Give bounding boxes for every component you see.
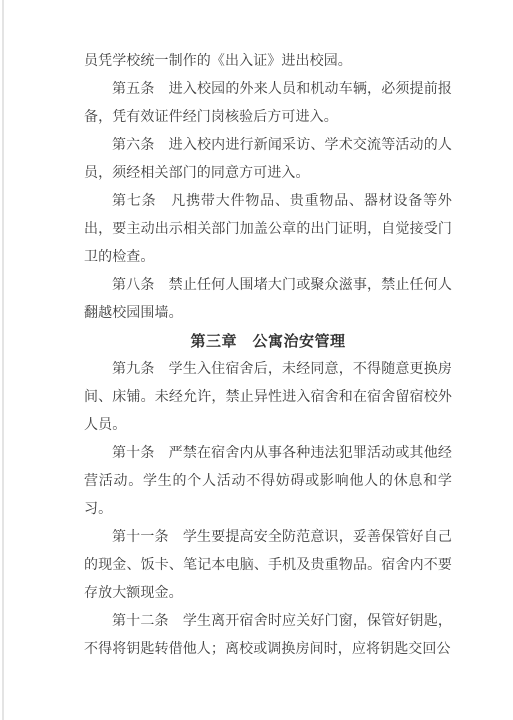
paragraph-article-5: 第五条 进入校园的外来人员和机动车辆，必须提前报备，凭有效证件经门岗核验后方可进… (84, 75, 452, 131)
paragraph-article-10: 第十条 严禁在宿舍内从事各种违法犯罪活动或其他经营活动。学生的个人活动不得妨碍或… (84, 439, 452, 523)
paragraph-article-6: 第六条 进入校内进行新闻采访、学术交流等活动的人员，须经相关部门的同意方可进入。 (84, 131, 452, 187)
paragraph-article-7: 第七条 凡携带大件物品、贵重物品、器材设备等外出，要主动出示相关部门加盖公章的出… (84, 187, 452, 271)
document-text-block: 员凭学校统一制作的《出入证》进出校园。 第五条 进入校园的外来人员和机动车辆，必… (84, 47, 452, 663)
paragraph-article-8: 第八条 禁止任何人围堵大门或聚众滋事，禁止任何人翻越校园围墙。 (84, 271, 452, 327)
paragraph-article-9: 第九条 学生入住宿舍后，未经同意，不得随意更换房间、床铺。未经允许，禁止异性进入… (84, 355, 452, 439)
paragraph-article-12: 第十二条 学生离开宿舍时应关好门窗，保管好钥匙，不得将钥匙转借他人；离校或调换房… (84, 607, 452, 663)
page-edge-line (2, 0, 4, 720)
chapter-heading: 第三章 公寓治安管理 (84, 327, 452, 355)
paragraph-article-11: 第十一条 学生要提高安全防范意识，妥善保管好自己的现金、饭卡、笔记本电脑、手机及… (84, 523, 452, 607)
document-page: 员凭学校统一制作的《出入证》进出校园。 第五条 进入校园的外来人员和机动车辆，必… (0, 0, 513, 720)
paragraph-continuation: 员凭学校统一制作的《出入证》进出校园。 (84, 47, 452, 75)
